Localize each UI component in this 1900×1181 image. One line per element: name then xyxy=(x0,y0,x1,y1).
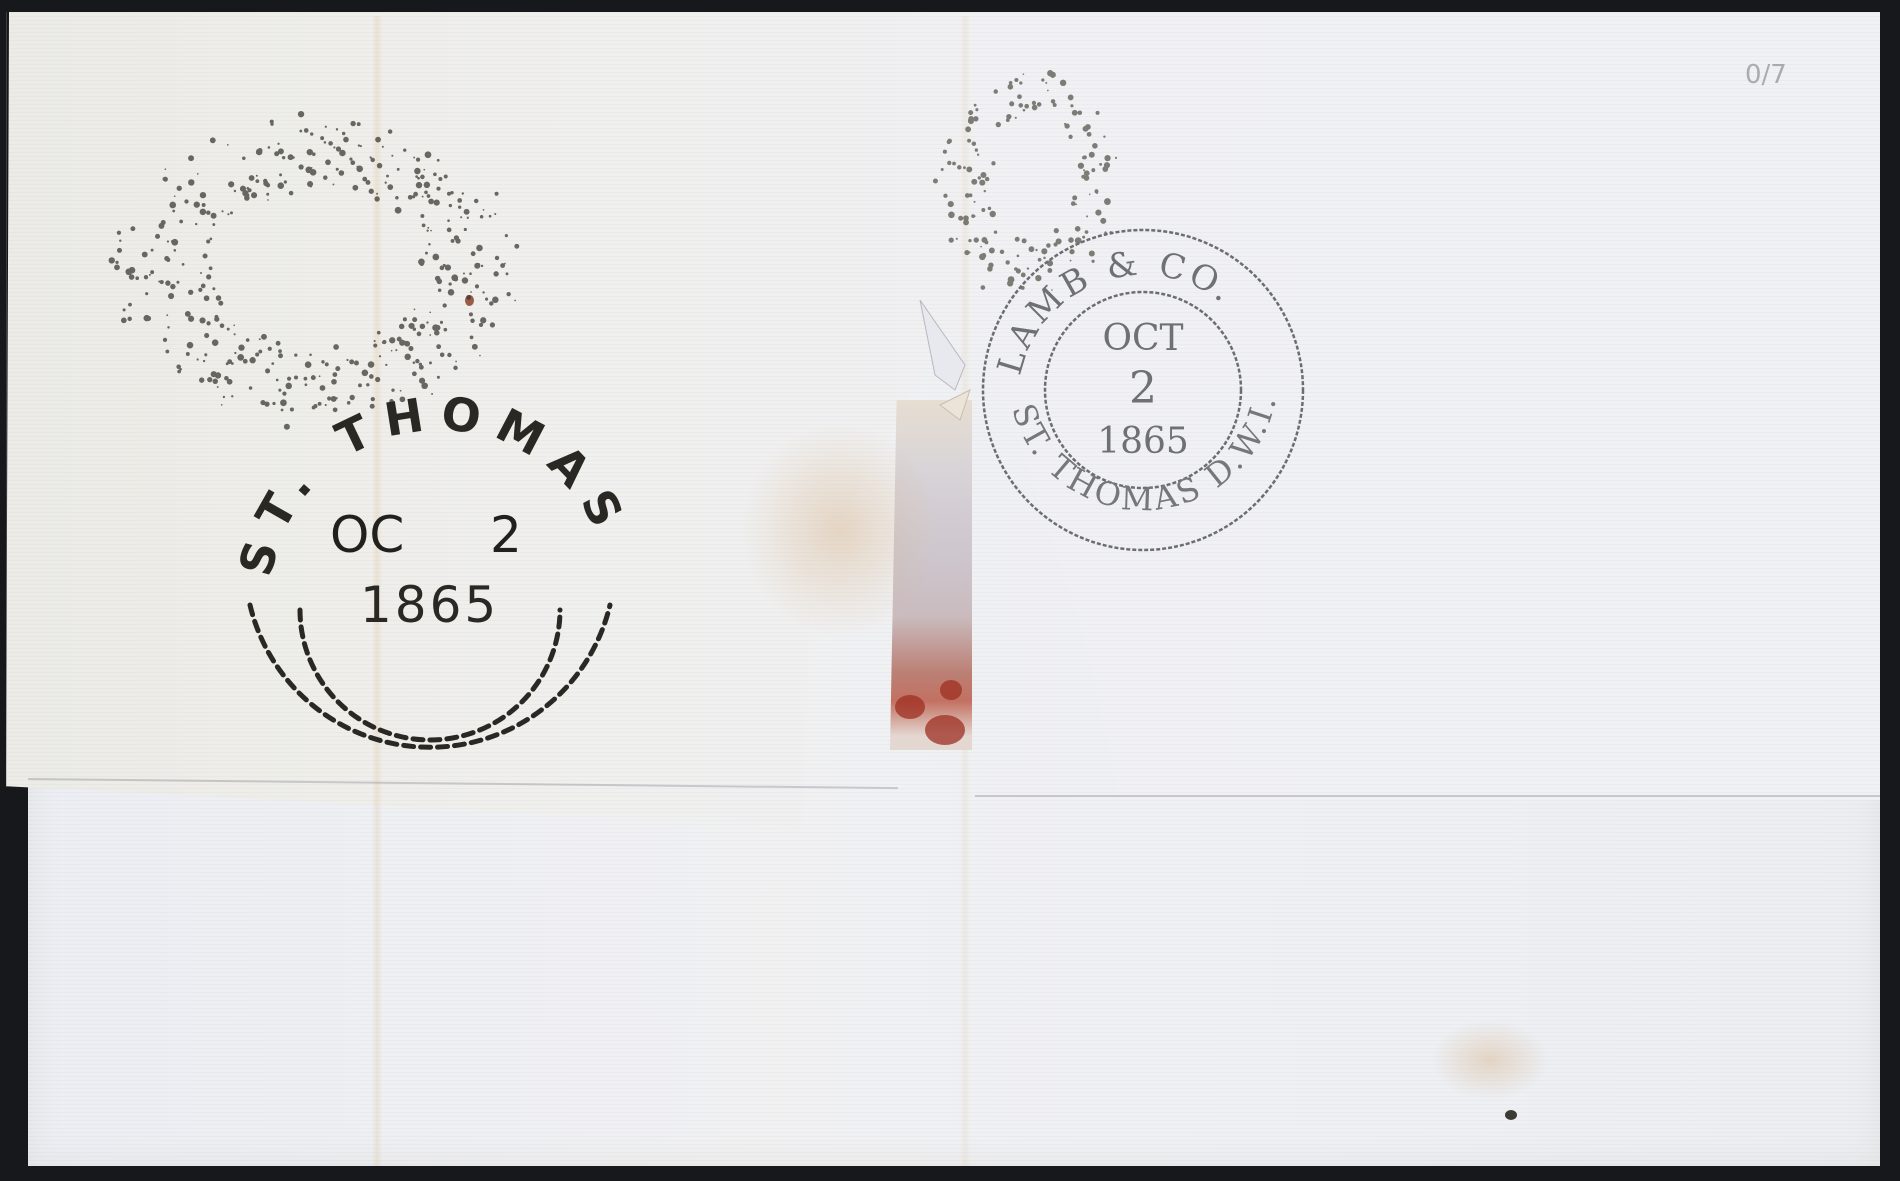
datestamp-day: 2 xyxy=(490,506,522,564)
age-stain xyxy=(740,420,940,640)
cover-scan: ST. THOMAS OC 2 1865 LAMB & CO. ST. THOM… xyxy=(0,0,1900,1181)
ink-speck xyxy=(1505,1110,1517,1120)
pencil-notation: 0/7 xyxy=(1745,60,1787,90)
datestamp-month: OC xyxy=(330,506,404,564)
cachet-month: OCT xyxy=(1102,318,1183,359)
cachet-day: 2 xyxy=(1129,363,1157,414)
age-stain xyxy=(1430,1020,1550,1100)
paper-edge xyxy=(6,12,7,787)
cachet-year: 1865 xyxy=(1097,421,1189,462)
wax-residue xyxy=(940,680,962,700)
flap-edge xyxy=(975,795,1880,797)
lamb-co-cachet: LAMB & CO. ST. THOMAS D.W.I. OCT 2 1865 xyxy=(978,225,1308,555)
wax-residue xyxy=(895,695,925,719)
datestamp-town: ST. THOMAS xyxy=(228,385,640,581)
st-thomas-datestamp: ST. THOMAS OC 2 1865 xyxy=(230,410,630,780)
svg-text:ST. THOMAS: ST. THOMAS xyxy=(228,385,640,581)
wax-residue xyxy=(925,715,965,745)
smudged-postmark xyxy=(60,100,580,440)
datestamp-year: 1865 xyxy=(360,576,499,634)
